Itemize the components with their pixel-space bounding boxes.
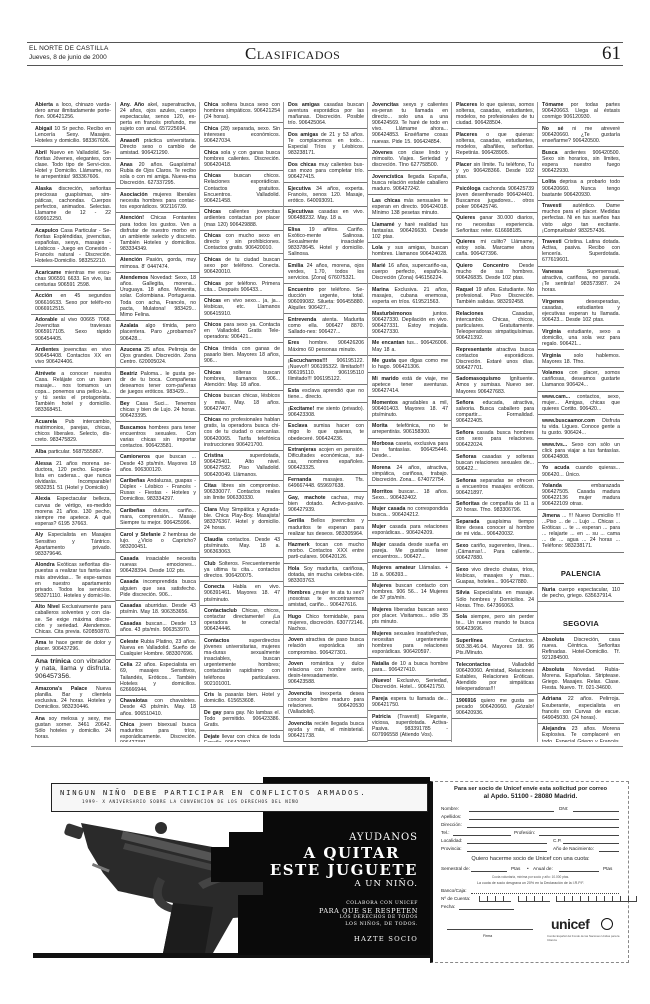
classified-ad: Aly Especialista en Masajes Sensitivo y … bbox=[31, 532, 115, 559]
form-title: Para ser socio de Unicef envíe esta soli… bbox=[433, 782, 628, 793]
ad-keyword: Placer bbox=[456, 162, 472, 168]
classified-ad: Morita telefónica, no te arrepentirás. 9… bbox=[368, 423, 452, 438]
classified-ad: Mujeres amateur Llámalas. + 18 a. 906393… bbox=[368, 565, 452, 580]
classified-ad: Patricia (Travesti) Elegante, viciosa, s… bbox=[368, 714, 452, 741]
ad-keyword: Alba bbox=[35, 449, 46, 455]
ad-keyword: Telecontactos bbox=[456, 662, 491, 668]
classified-ad: Jovencita recién llegada busca ayuda y m… bbox=[284, 721, 368, 742]
ad-keyword: Anas bbox=[120, 162, 133, 168]
classified-ad: Señoras separadas se ofrecen a encuentro… bbox=[452, 478, 538, 499]
ad-text: vivo directo chatas, tríos, lésbicas, ma… bbox=[456, 567, 534, 585]
classified-ad: Sadomasoquismo Ignítuente. Amos y sumisa… bbox=[452, 376, 538, 397]
ad-keyword: Jimena bbox=[542, 513, 560, 519]
ad-keyword: Silvia bbox=[456, 590, 470, 596]
classified-ad: Caribeñas Andaluzas, guapas - Dúplex - L… bbox=[116, 478, 200, 505]
dni-label: DNI: bbox=[559, 806, 568, 811]
classified-ad: Alessa 21 años morena se-ductora, 120 pe… bbox=[31, 461, 115, 494]
classified-ad: Ejecutiva 34 años, experta. Francés, sen… bbox=[284, 186, 368, 207]
ad-keyword: Alaska bbox=[35, 186, 52, 192]
unicef-subtitle: Comité Español del Fondo de las Naciones… bbox=[547, 934, 628, 942]
classified-ad: Chicas calientes jovencitas ardientes co… bbox=[200, 209, 284, 230]
classified-ad: Casadas buscan... Desde 13 años. 43 pts/… bbox=[116, 621, 200, 636]
province-section-heading: SEGOVIA bbox=[538, 605, 624, 634]
unicef-globe-icon bbox=[601, 918, 613, 930]
classified-ad: Placer sin límite. Tu teléfono, Tu y yo … bbox=[452, 162, 538, 183]
city-label: Localidad: bbox=[441, 838, 462, 843]
classified-ad: ¡Nuevo! Exclusivo, Seriedad, Discreción.… bbox=[368, 678, 452, 693]
slogan-body-3: LOS DERECHOS DE TODOS bbox=[340, 915, 418, 920]
classified-ad: Chica tímida con ganas de pasarlo bien. … bbox=[200, 346, 284, 367]
ad-keyword: Alondra bbox=[35, 562, 55, 568]
profession-field[interactable] bbox=[539, 835, 619, 836]
classified-ad: Sola siempre, pero sin perder te... Un n… bbox=[452, 614, 538, 635]
ad-text: Exóticas señoritas dis-puestas a realiza… bbox=[35, 562, 111, 598]
dni-field[interactable] bbox=[573, 811, 619, 812]
ad-keyword: Morritos bbox=[372, 489, 393, 495]
ad-keyword: Conecta bbox=[204, 584, 224, 590]
ad-keyword: Señora bbox=[456, 430, 474, 436]
ad-keyword: Mujer casada bbox=[372, 506, 405, 512]
phone-row: Tel.: Profesión: bbox=[441, 830, 619, 837]
classified-ad: Clara Muy Simpática y Agrada-ble. Chica … bbox=[200, 507, 284, 534]
ad-text: la pasarás bien. Hotel y domicilio. 6156… bbox=[204, 692, 280, 704]
address-field[interactable] bbox=[467, 827, 619, 828]
classified-ad: Mujeres liberadas buscan sexo por placer… bbox=[368, 607, 452, 628]
ad-keyword: Citas bbox=[204, 483, 217, 489]
classified-ad: Representante atractiva busca contactos … bbox=[452, 347, 538, 374]
ad-keyword: Fernanda bbox=[288, 477, 311, 483]
classified-ad: Hombres ¿mujer te ata tu sex? ¡nosotras … bbox=[284, 590, 368, 611]
classified-ad: Celeste Rubia Platino, 23 años. Nueva en… bbox=[116, 639, 200, 660]
ad-keyword: Amazona's Palace bbox=[35, 686, 87, 692]
classified-ad: Telecontactos Valladolid 906420060. Amis… bbox=[452, 662, 538, 695]
classified-columns: Abierta a loco, chinazo varda-dero amar … bbox=[31, 102, 623, 742]
ad-keyword: Absoluta bbox=[542, 667, 564, 673]
classified-ad: Mujeres sexuales insatisfechas, necesita… bbox=[368, 631, 452, 658]
classified-ad: Silvia Especialista en masaje. Sólo homb… bbox=[452, 590, 538, 611]
classified-ad: Eres hombre. 906426206 Máximo 60 persona… bbox=[284, 340, 368, 355]
ad-keyword: Atención! bbox=[120, 215, 144, 221]
phone-label: Tel.: bbox=[441, 830, 450, 835]
column-7: Tómame por todas partes 906420663. Llega… bbox=[537, 102, 624, 742]
surname-field[interactable] bbox=[469, 819, 619, 820]
classified-ad: Placeres o que quieras: solteras, casada… bbox=[452, 132, 538, 159]
ad-text: a conocer nuestra Casa. Relájate con un … bbox=[35, 371, 111, 414]
ad-keyword: Patricia bbox=[372, 714, 391, 720]
publication-date: Jueves, 8 de junio de 2000 bbox=[29, 54, 107, 62]
ad-keyword: Casada bbox=[120, 579, 138, 585]
classified-ad: Gay, machote cachas, muy bien dotado. Ac… bbox=[284, 495, 368, 516]
city-row: Localidad: C.P. bbox=[441, 838, 619, 845]
classified-ad: Amazona's Palace Nueva planilla. Bar y c… bbox=[31, 686, 115, 713]
ad-keyword: Chicas bbox=[204, 257, 221, 263]
ad-keyword: Ama bbox=[35, 640, 46, 646]
ad-keyword: Acaricame bbox=[35, 270, 61, 276]
classified-ad: Mujeres buscan contacto con hombres. 906… bbox=[368, 583, 452, 604]
ad-keyword: Tómame bbox=[542, 102, 563, 108]
classified-ad: Travesti auténtico. Dame muchos para el … bbox=[538, 203, 624, 236]
ad-keyword: Yolanda bbox=[542, 483, 562, 489]
ad-keyword: Carol y Stefanie bbox=[120, 532, 161, 538]
ad-keyword: Esta bbox=[288, 388, 299, 394]
address-row: Dirección: bbox=[441, 822, 619, 829]
ad-text: discreción, señoritas preciosas guapísim… bbox=[35, 186, 111, 222]
semestral-amount-field[interactable] bbox=[471, 871, 507, 872]
classified-ad: Busca ardientes 906420500. Sexo sin hora… bbox=[538, 150, 624, 177]
ad-keyword: Casadas bbox=[120, 603, 141, 609]
ad-text: Casa Particular - Se-ñoritas Espléndidas… bbox=[35, 228, 111, 264]
phone-field[interactable] bbox=[453, 835, 511, 836]
bank-row: Banco/Caja: bbox=[441, 888, 619, 895]
ad-keyword: Mujeres bbox=[372, 631, 392, 637]
classified-ad: Pareja espera tu llamada de... 906421750… bbox=[368, 696, 452, 711]
ad-keyword: Separada bbox=[456, 519, 479, 525]
classified-ad: Me gusta que digas como me lo hago. 9064… bbox=[368, 358, 452, 373]
classified-ad: Yolanda embarazada 906427505. Casada mad… bbox=[538, 483, 624, 510]
account-row: Nº de Cuenta: bbox=[441, 896, 619, 903]
ad-keyword: Camioneros bbox=[120, 454, 150, 460]
ad-keyword: Lola bbox=[372, 245, 383, 251]
classified-ad: Hazmerk tocan con mucho morbo. Contactos… bbox=[284, 542, 368, 563]
ad-keyword: Chica bbox=[204, 346, 218, 352]
ad-keyword: Me gusta bbox=[372, 358, 396, 364]
classified-ad: Emilia 24 años, morena, ojos verdes, 1.7… bbox=[284, 263, 368, 284]
ad-text: hombre. 906426206 Máximo 60 personas min… bbox=[288, 340, 364, 352]
classified-ad: Ama te hace gemir de dolor y placer. 906… bbox=[31, 640, 115, 655]
ad-keyword: Sexo bbox=[456, 567, 468, 573]
anual-amount-field[interactable] bbox=[559, 871, 599, 872]
ad-keyword: Las chicas bbox=[372, 198, 400, 204]
account-number-boxes[interactable] bbox=[479, 896, 637, 902]
ad-keyword: Alexia bbox=[35, 496, 50, 502]
province-field[interactable] bbox=[467, 851, 547, 852]
ad-keyword: Sadomasoquismo bbox=[456, 376, 501, 382]
classified-ad: De gay para gay. No lambas el. Todo perm… bbox=[200, 710, 284, 731]
classified-ad: Nuria cuerpo espectacular, 110 de pecho,… bbox=[538, 587, 624, 602]
ad-keyword: Psicóloga bbox=[456, 186, 481, 192]
slogan-body-4: LOS NIÑOS, DE TODOS. bbox=[345, 922, 418, 927]
unicef-membership-form[interactable]: Para ser socio de Unicef envíe esta soli… bbox=[430, 781, 629, 963]
classified-ad: Vírgenes desesperadas, casadas, estudian… bbox=[538, 299, 624, 326]
classified-ad: Las chicas más sensuales te esperan en d… bbox=[368, 198, 452, 219]
classified-ad: Alba particular. 5687555867. bbox=[31, 449, 115, 458]
ad-text: te hace gemir de dolor y placer. 9064372… bbox=[35, 640, 111, 652]
ad-keyword: Beatriz bbox=[120, 371, 137, 377]
ad-keyword: Contactaclub bbox=[204, 608, 237, 614]
ad-keyword: Mujeres amateur bbox=[372, 565, 415, 571]
ad-keyword: Sola bbox=[456, 614, 467, 620]
masthead-bar: EL NORTE DE CASTILLA Jueves, 8 de junio … bbox=[27, 42, 497, 66]
ad-keyword: Atrévete bbox=[35, 371, 56, 377]
ad-keyword: Asociación bbox=[120, 192, 148, 198]
surname-label: Apellidos: bbox=[441, 814, 461, 819]
classified-ad: Placeres lo que quieras, somos solteras,… bbox=[452, 102, 538, 129]
name-field[interactable] bbox=[469, 811, 554, 812]
ad-keyword: No sé bbox=[542, 126, 563, 132]
ad-keyword: Caribeñas bbox=[120, 508, 145, 514]
classified-ad: Casadas aburridas. Desde 43 pts/mín. May… bbox=[116, 603, 200, 618]
ad-text: superdirectos jóvenes universitarias, mu… bbox=[204, 638, 280, 687]
ad-keyword: Bey bbox=[120, 401, 130, 407]
ad-keyword: Superlínea bbox=[456, 638, 483, 644]
classified-ad: Atrévete a conocer nuestra Casa. Relájat… bbox=[31, 371, 115, 417]
ad-keyword: Hazmerk bbox=[288, 542, 310, 548]
ad-keyword: Raquel bbox=[456, 287, 473, 293]
ad-keyword: Señoritas bbox=[456, 501, 480, 507]
bank-field[interactable] bbox=[471, 893, 619, 894]
ad-keyword: Quieres bbox=[456, 215, 475, 221]
ad-keyword: Acuarela bbox=[35, 419, 57, 425]
campaign-banner: NINGUN NIÑO DEBE PARTICIPAR EN CONFLICTO… bbox=[51, 783, 428, 812]
classified-ad: Mi marido está de viaje, me apetece tene… bbox=[368, 376, 452, 397]
bullet: • bbox=[527, 866, 529, 871]
ad-keyword: Absoluta bbox=[542, 637, 564, 643]
ad-keyword: Vanessa bbox=[542, 269, 563, 275]
ad-keyword: Busca bbox=[542, 150, 558, 156]
ad-keyword: Casadas bbox=[120, 621, 141, 627]
ad-keyword: Mujeres bbox=[372, 583, 392, 589]
classified-ad: Cristina superdotada, 906425401. Alto ni… bbox=[200, 453, 284, 480]
profession-label: Profesión: bbox=[514, 830, 535, 835]
ad-keyword: Chicas bbox=[204, 281, 221, 287]
ad-keyword: Nuria bbox=[542, 587, 555, 593]
ad-keyword: Cristina bbox=[204, 453, 223, 459]
slogan-line-2: A QUITAR bbox=[304, 844, 400, 862]
classified-ad: Chicas de tu ciudad buscan sexo por telé… bbox=[200, 257, 284, 278]
ad-keyword: Dejate bbox=[204, 734, 220, 740]
classified-ad: www.cam... contactos, sexo, mujer... Ami… bbox=[538, 394, 624, 415]
classified-ad: Chica joven bisexual busca maduritos par… bbox=[116, 722, 200, 742]
ad-keyword: Abierta bbox=[35, 102, 53, 108]
join-cta[interactable]: HAZTE SOCIO bbox=[354, 935, 418, 943]
column-5: Jovencitas sexys y calientes es-peran tu… bbox=[367, 102, 452, 742]
date-field[interactable] bbox=[459, 909, 514, 910]
ad-keyword: Chica bbox=[204, 126, 218, 132]
classified-ad: Azucena 25 años. Pelirroja de Ojos grand… bbox=[116, 347, 200, 368]
date-row: Fecha: bbox=[441, 904, 619, 911]
classified-ad: Señoras casadas y solteras buscan relaci… bbox=[452, 454, 538, 475]
city-field[interactable] bbox=[467, 843, 547, 844]
classified-ad: Sexo cariño, sugerentes, línea... ¡Cámar… bbox=[452, 543, 538, 564]
ad-keyword: Morita bbox=[372, 423, 388, 429]
ad-keyword: Chicos bbox=[204, 322, 221, 328]
ad-keyword: Casada bbox=[120, 556, 138, 562]
ad-keyword: Azucena bbox=[120, 347, 141, 353]
ad-keyword: Hombres bbox=[288, 590, 311, 596]
classified-ad: Chavalotas con chavalotes. Desde 43 pts/… bbox=[116, 698, 200, 719]
ad-keyword: Hola bbox=[288, 566, 299, 572]
ad-keyword: Abril bbox=[35, 150, 47, 156]
classified-ad: Chica (28) separada, sexo. Sin intereses… bbox=[200, 126, 284, 147]
ad-text: Chicas Fontantes para todos los gustos. … bbox=[120, 215, 196, 251]
ad-keyword: Atención bbox=[120, 257, 142, 263]
classified-ad: Chicos para sexo ya. Contacta en Vallado… bbox=[200, 322, 284, 343]
ad-keyword: Marina bbox=[372, 287, 389, 293]
ad-keyword: Relaciones bbox=[456, 311, 483, 317]
ad-keyword: Marié bbox=[372, 263, 386, 269]
classified-ad: Caribeñas dulces, cariño... mara, compre… bbox=[116, 508, 200, 529]
ad-text: Especialista en Masajes Sensitivo y Tánt… bbox=[35, 532, 111, 556]
classified-ad: Chicas no profesionales hablan gratis, l… bbox=[200, 417, 284, 450]
birthyear-label: Año de Nacimiento: bbox=[553, 846, 594, 851]
classified-ad: Extranjeras acojen en pensión. Dificulta… bbox=[284, 447, 368, 474]
classified-ad: Jovencitas sexys y calientes es-peran tu… bbox=[368, 102, 452, 148]
classified-ad: Yo acuda cuando quieras... 906420... Úni… bbox=[538, 465, 624, 480]
banner-headline: NINGUN NIÑO DEBE PARTICIPAR EN CONFLICTO… bbox=[60, 788, 366, 797]
classified-ad: Marié 16 años, supercariño-sa, cuerpo pe… bbox=[368, 263, 452, 284]
ad-keyword: www.buscaamor.com bbox=[542, 418, 595, 424]
classified-ad: Casada insaciable necesita nuevas emocio… bbox=[116, 556, 200, 577]
classified-ad: Masturbémonos juntos. 906427330. Depilac… bbox=[368, 311, 452, 338]
ad-keyword: De gay bbox=[204, 710, 222, 716]
ad-keyword: www.cam... bbox=[542, 394, 570, 400]
ad-text: Soy madurita, cariñosa, dotada, sin much… bbox=[288, 566, 364, 584]
ad-keyword: Mujer bbox=[372, 524, 386, 530]
ad-keyword: Natalia bbox=[372, 661, 389, 667]
classified-ad: 1906916 quiero me gusta se pecado 906420… bbox=[452, 698, 538, 719]
classified-ad: Celia 22 años. Especialista en 69, masaj… bbox=[116, 662, 200, 695]
ad-keyword: Entrevenda bbox=[288, 317, 316, 323]
classified-ad: Señora casada busca hombres con sexo par… bbox=[452, 430, 538, 451]
column-1: Abierta a loco, chinazo varda-dero amar … bbox=[31, 102, 115, 742]
ad-keyword: Eres bbox=[288, 340, 299, 346]
anual-currency: Ptas bbox=[603, 866, 612, 871]
masthead-page-box: 61 bbox=[497, 42, 623, 66]
classified-ad: Quieres ganar 30.000 diarios, no necesit… bbox=[452, 215, 538, 236]
classified-ad: Mujer casada para relaciones esporádicas… bbox=[368, 524, 452, 539]
ad-keyword: Azalata bbox=[120, 323, 138, 329]
ad-keyword: ¡Escucharnos!!! bbox=[288, 358, 328, 364]
ad-text: ... !!! Nuevo Domicilio !!! ...Piso ... … bbox=[542, 513, 620, 549]
ad-keyword: Travesti bbox=[542, 239, 562, 245]
ad-keyword: Chicas bbox=[204, 209, 221, 215]
ad-keyword: Chavalotas bbox=[120, 698, 148, 704]
unicef-campaign-ad[interactable]: NINGUN NIÑO DEBE PARTICIPAR EN CONFLICTO… bbox=[33, 777, 430, 960]
ad-text: y sus amigas, buscan hombres. Llamanos 9… bbox=[372, 245, 448, 257]
ad-keyword: Chicos bbox=[204, 393, 221, 399]
classified-ad: www.buscaamor.com Disfruta tu vida. Ligu… bbox=[538, 418, 624, 439]
ad-keyword: Esclava bbox=[288, 423, 307, 429]
classified-ad: Dos amigas de 21 y 53 años. Te complacem… bbox=[284, 132, 368, 159]
classified-ad: Morbosa caseta, exclusiva para tus fanta… bbox=[368, 441, 452, 462]
signature-row bbox=[441, 924, 541, 931]
signature-field[interactable] bbox=[447, 929, 533, 930]
page-number: 61 bbox=[602, 43, 621, 64]
bank-label: Banco/Caja: bbox=[441, 888, 467, 893]
ad-keyword: Acción bbox=[35, 293, 52, 299]
classified-ad: Acción en 45 segundos 906616633. Sexo po… bbox=[31, 293, 115, 314]
ad-text: Casa Suci... Tenemos chicas y bien de Lu… bbox=[120, 401, 196, 419]
ad-keyword: Adorable bbox=[35, 317, 57, 323]
address-label: Dirección: bbox=[441, 822, 462, 827]
ad-keyword: Placeres bbox=[456, 102, 477, 108]
classified-ad: Marina Exclusiva. 21 años, masajes, cuba… bbox=[368, 287, 452, 308]
ad-text: Novedad: Sexo, 18 años. Gallegita, moren… bbox=[120, 275, 196, 318]
classified-ad: Tómame por todas partes 906420663. Llega… bbox=[538, 102, 624, 123]
ad-keyword: Virginia bbox=[542, 329, 561, 335]
classified-ad: Relaciones Casadas, intercambio. Chicas,… bbox=[452, 311, 538, 344]
ad-keyword: Alto Nivel bbox=[35, 604, 60, 610]
semestral-label: Semestral de: bbox=[441, 866, 470, 871]
classified-ad: Mujer casada no correspondida busca... 9… bbox=[368, 506, 452, 521]
column-6: Placeres lo que quieras, somos solteras,… bbox=[451, 102, 538, 742]
ad-text: esclava aprendió que no tiene... directo… bbox=[288, 388, 364, 400]
classified-ad: Anasofi práctica universitaria. Directo … bbox=[116, 138, 200, 159]
ad-keyword: Momentos bbox=[372, 400, 398, 406]
classified-ad: Chicas solteras buscan hombres, llamanos… bbox=[200, 370, 284, 391]
ad-text: soy melosa y sexy, me gustan sorner. 346… bbox=[35, 716, 111, 740]
classified-ad: Alto Nivel Exclusivamente para caballero… bbox=[31, 604, 115, 637]
birthyear-field[interactable] bbox=[599, 851, 619, 852]
classified-ad: www.tvs... Sexo con sólo un click para v… bbox=[538, 442, 624, 463]
classified-ad: Chicas por teléfono. Primera cita... Des… bbox=[200, 281, 284, 296]
classified-ad: Ardientes jovencitas en vivo 906454408. … bbox=[31, 347, 115, 368]
ad-keyword: Chica bbox=[204, 150, 218, 156]
ad-keyword: Morbosa bbox=[372, 441, 394, 447]
slogan-panel-step bbox=[211, 847, 271, 882]
ad-text: siempre, pero sin perder te... Un nuevo … bbox=[456, 614, 534, 632]
classified-ad: Señoritas de compañía de 11 a 20 horas. … bbox=[452, 501, 538, 516]
column-4: Dos amigas casadas buscan aventura espor… bbox=[283, 102, 368, 742]
postcode-label: C.P. bbox=[553, 838, 562, 843]
postcode-field[interactable] bbox=[563, 843, 619, 844]
classified-ad: Hola Soy madurita, cariñosa, dotada, sin… bbox=[284, 566, 368, 587]
ad-keyword: Club bbox=[204, 561, 216, 567]
ad-keyword: Chicas bbox=[204, 417, 221, 423]
classified-ad: Beatriz Paloma... le gusta pe-dir de tu … bbox=[116, 371, 200, 398]
ad-keyword: Adriana bbox=[542, 696, 561, 702]
ad-keyword: Mujeres bbox=[372, 607, 392, 613]
classified-ad: Adriana 22 años. Pelirroja. Exuberante, … bbox=[538, 696, 624, 723]
ad-keyword: Sexo bbox=[456, 543, 468, 549]
classified-ad: Chica soltera busca sexo con hombres sim… bbox=[200, 102, 284, 123]
classified-ad: Alejandra 23 años. Morena Explosiva. Te … bbox=[538, 726, 624, 742]
section-divider bbox=[31, 746, 623, 747]
ad-keyword: Me encantan bbox=[372, 340, 404, 346]
classified-ad: Psicóloga cachonda 906425739 joven desen… bbox=[452, 186, 538, 213]
ad-keyword: Extranjeras bbox=[288, 447, 316, 453]
classified-ad: Raquel 19 años. Estudiante. No profesion… bbox=[452, 287, 538, 308]
ad-keyword: Representante bbox=[456, 347, 492, 353]
classified-ad: Atendemos Novedad: Sexo, 18 años. Galleg… bbox=[116, 275, 200, 321]
classified-ad: Hugo Chico formidable, para mujeres, dis… bbox=[284, 614, 368, 635]
ad-keyword: Quieres bbox=[456, 239, 475, 245]
classified-ad: Asociación mujeres liberales necesita ho… bbox=[116, 192, 200, 213]
classified-ad: Dos chicas muy calientes bus-can mozo pa… bbox=[284, 162, 368, 183]
classified-ad: Alaska discreción, señoritas preciosas g… bbox=[31, 186, 115, 226]
ad-keyword: Ejecutivas bbox=[288, 209, 314, 215]
ad-keyword: Vírgenes bbox=[542, 299, 564, 305]
surname-row: Apellidos: bbox=[441, 814, 619, 821]
date-label: Fecha: bbox=[441, 904, 455, 909]
classified-ad: Chicas buscan chicos. Relaciones esporád… bbox=[200, 173, 284, 206]
classified-ad: Volamos con placer, somos cariñosas, des… bbox=[538, 370, 624, 391]
semestral-currency: Ptas bbox=[511, 866, 520, 871]
classified-ad: Sexo vivo directo chatas, tríos, lésbica… bbox=[452, 567, 538, 588]
ad-keyword: Elisa bbox=[288, 227, 300, 233]
ad-keyword: ¡Excitame! bbox=[288, 406, 314, 412]
ad-keyword: Mi marido bbox=[372, 376, 399, 382]
ad-keyword: Atendemos bbox=[120, 275, 148, 281]
classified-ad: Entrevenda atenta. Madurita como ella. 9… bbox=[284, 317, 368, 338]
classified-ad: Gerilla Bellos jovencitos y maduritos te… bbox=[284, 518, 368, 539]
classified-ad: Contactos superdirectos jóvenes universi… bbox=[200, 638, 284, 690]
slogan-line-3: ESTE JUGUETE bbox=[270, 861, 418, 879]
ad-keyword: Cris bbox=[204, 692, 214, 698]
classified-ad: Quiero Concentro Desde mucho de sus homb… bbox=[452, 263, 538, 284]
ad-text: 19 añitos. Cariño. Exótico-mente Salinos… bbox=[288, 227, 364, 257]
classified-ad: Jóvenes con clase lindo y mimosito. Viaj… bbox=[368, 150, 452, 171]
